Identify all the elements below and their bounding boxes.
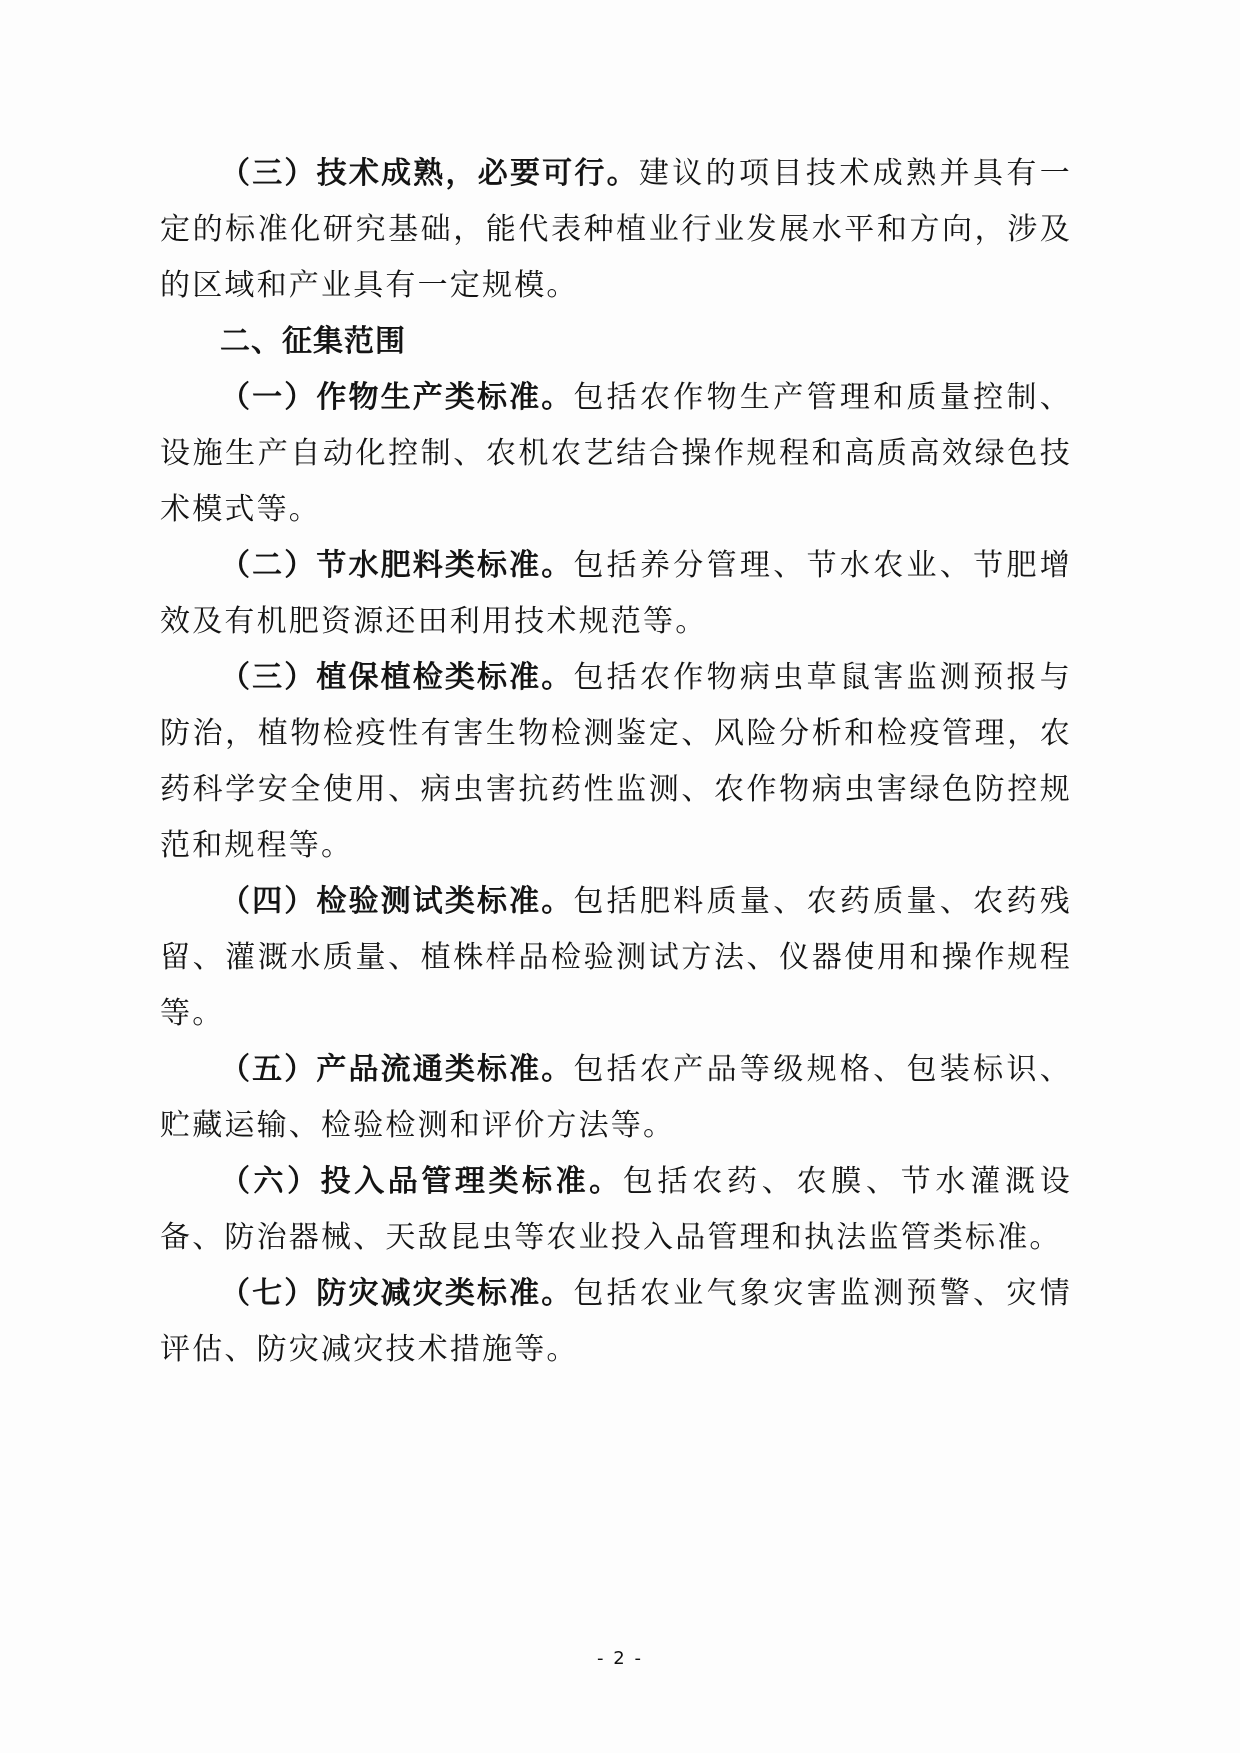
paragraph-lead: （二）节水肥料类标准。 bbox=[220, 548, 573, 583]
paragraph-principle-3: （三）技术成熟，必要可行。建议的项目技术成熟并具有一定的标准化研究基础，能代表种… bbox=[160, 146, 1072, 314]
document-body: （三）技术成熟，必要可行。建议的项目技术成熟并具有一定的标准化研究基础，能代表种… bbox=[160, 146, 1072, 1378]
paragraph-scope-3: （三）植保植检类标准。包括农作物病虫草鼠害监测预报与防治，植物检疫性有害生物检测… bbox=[160, 650, 1072, 874]
paragraph-lead: （五）产品流通类标准。 bbox=[220, 1052, 573, 1087]
paragraph-scope-6: （六）投入品管理类标准。包括农药、农膜、节水灌溉设备、防治器械、天敌昆虫等农业投… bbox=[160, 1154, 1072, 1266]
paragraph-scope-4: （四）检验测试类标准。包括肥料质量、农药质量、农药残留、灌溉水质量、植株样品检验… bbox=[160, 874, 1072, 1042]
paragraph-lead: （三）技术成熟，必要可行。 bbox=[220, 156, 639, 191]
paragraph-lead: （六）投入品管理类标准。 bbox=[220, 1164, 623, 1199]
section-heading-scope: 二、征集范围 bbox=[160, 314, 1072, 370]
paragraph-lead: （一）作物生产类标准。 bbox=[220, 380, 573, 415]
paragraph-lead: （四）检验测试类标准。 bbox=[220, 884, 573, 919]
paragraph-lead: （七）防灾减灾类标准。 bbox=[220, 1276, 573, 1311]
paragraph-lead: （三）植保植检类标准。 bbox=[220, 660, 573, 695]
paragraph-scope-5: （五）产品流通类标准。包括农产品等级规格、包装标识、贮藏运输、检验检测和评价方法… bbox=[160, 1042, 1072, 1154]
paragraph-scope-1: （一）作物生产类标准。包括农作物生产管理和质量控制、设施生产自动化控制、农机农艺… bbox=[160, 370, 1072, 538]
page-number: - 2 - bbox=[0, 1648, 1240, 1669]
paragraph-scope-2: （二）节水肥料类标准。包括养分管理、节水农业、节肥增效及有机肥资源还田利用技术规… bbox=[160, 538, 1072, 650]
document-page: （三）技术成熟，必要可行。建议的项目技术成熟并具有一定的标准化研究基础，能代表种… bbox=[0, 0, 1240, 1753]
paragraph-scope-7: （七）防灾减灾类标准。包括农业气象灾害监测预警、灾情评估、防灾减灾技术措施等。 bbox=[160, 1266, 1072, 1378]
